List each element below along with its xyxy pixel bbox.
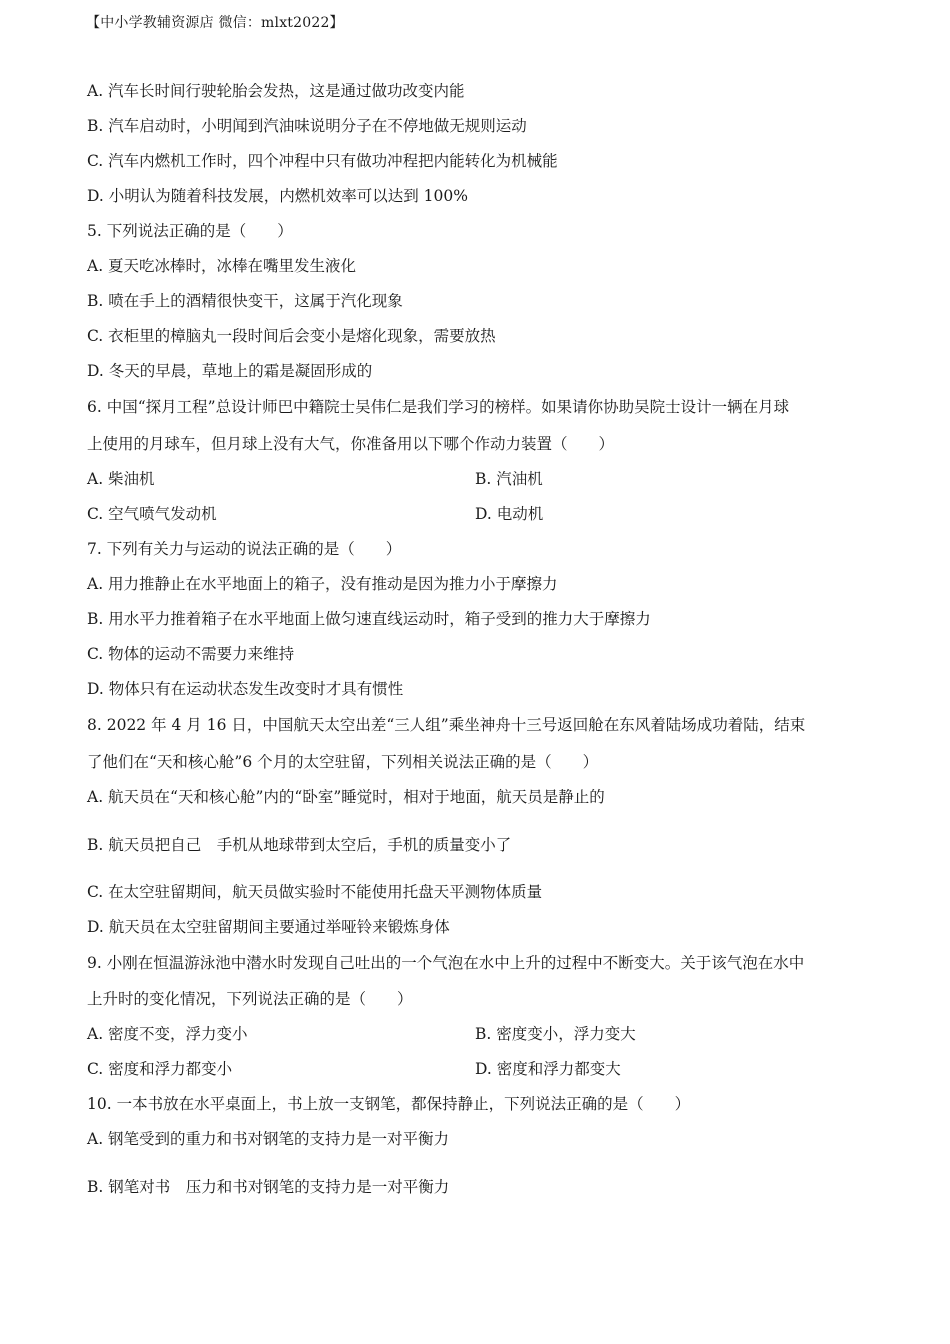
q4-option-d: D. 小明认为随着科技发展，内燃机效率可以达到 100% [87,186,468,206]
q6-stem-line1: 6. 中国“探月工程”总设计师巴中籍院士吴伟仁是我们学习的榜样。如果请你协助吴院… [87,397,789,417]
q5-option-d: D. 冬天的早晨，草地上的霜是凝固形成的 [87,361,372,381]
q6-option-c: C. 空气喷气发动机 [87,504,217,524]
q7-stem: 7. 下列有关力与运动的说法正确的是（ ） [87,539,401,559]
q5-option-a: A. 夏天吃冰棒时，冰棒在嘴里发生液化 [87,256,356,276]
q7-option-d: D. 物体只有在运动状态发生改变时才具有惯性 [87,679,403,699]
q9-option-d: D. 密度和浮力都变大 [475,1059,621,1079]
q6-stem-line2: 上使用的月球车，但月球上没有大气，你准备用以下哪个作动力装置（ ） [87,434,614,454]
q9-option-b: B. 密度变小，浮力变大 [475,1024,636,1044]
q7-option-b: B. 用水平力推着箱子在水平地面上做匀速直线运动时，箱子受到的推力大于摩擦力 [87,609,651,629]
q9-stem-line1: 9. 小刚在恒温游泳池中潜水时发现自己吐出的一个气泡在水中上升的过程中不断变大。… [87,953,804,973]
q8-stem-line2: 了他们在“天和核心舱”6 个月的太空驻留，下列相关说法正确的是（ ） [87,752,598,772]
q9-option-c: C. 密度和浮力都变小 [87,1059,232,1079]
q10-stem: 10. 一本书放在水平桌面上，书上放一支钢笔，都保持静止，下列说法正确的是（ ） [87,1094,690,1114]
q5-option-c: C. 衣柜里的樟脑丸一段时间后会变小是熔化现象，需要放热 [87,326,496,346]
q8-option-d: D. 航天员在太空驻留期间主要通过举哑铃来锻炼身体 [87,917,450,937]
q8-option-c: C. 在太空驻留期间，航天员做实验时不能使用托盘天平测物体质量 [87,882,542,902]
q10-option-b: B. 钢笔对书 压力和书对钢笔的支持力是一对平衡力 [87,1177,449,1197]
q7-option-a: A. 用力推静止在水平地面上的箱子，没有推动是因为推力小于摩擦力 [87,574,558,594]
q9-option-a: A. 密度不变，浮力变小 [87,1024,248,1044]
q6-option-b: B. 汽油机 [475,469,543,489]
q8-option-a: A. 航天员在“天和核心舱”内的“卧室”睡觉时，相对于地面，航天员是静止的 [87,787,605,807]
q5-stem: 5. 下列说法正确的是（ ） [87,221,293,241]
q4-option-a: A. 汽车长时间行驶轮胎会发热，这是通过做功改变内能 [87,81,465,101]
q10-option-a: A. 钢笔受到的重力和书对钢笔的支持力是一对平衡力 [87,1129,449,1149]
q6-option-d: D. 电动机 [475,504,543,524]
q7-option-c: C. 物体的运动不需要力来维持 [87,644,294,664]
q6-option-a: A. 柴油机 [87,469,155,489]
page-header-watermark: 【中小学教辅资源店 微信：mlxt2022】 [86,12,344,32]
q5-option-b: B. 喷在手上的酒精很快变干，这属于汽化现象 [87,291,403,311]
q8-stem-line1: 8. 2022 年 4 月 16 日，中国航天太空出差“三人组”乘坐神舟十三号返… [87,715,805,735]
q4-option-b: B. 汽车启动时，小明闻到汽油味说明分子在不停地做无规则运动 [87,116,527,136]
q8-option-b: B. 航天员把自己 手机从地球带到太空后，手机的质量变小了 [87,835,511,855]
q9-stem-line2: 上升时的变化情况，下列说法正确的是（ ） [87,989,413,1009]
q4-option-c: C. 汽车内燃机工作时，四个冲程中只有做功冲程把内能转化为机械能 [87,151,558,171]
